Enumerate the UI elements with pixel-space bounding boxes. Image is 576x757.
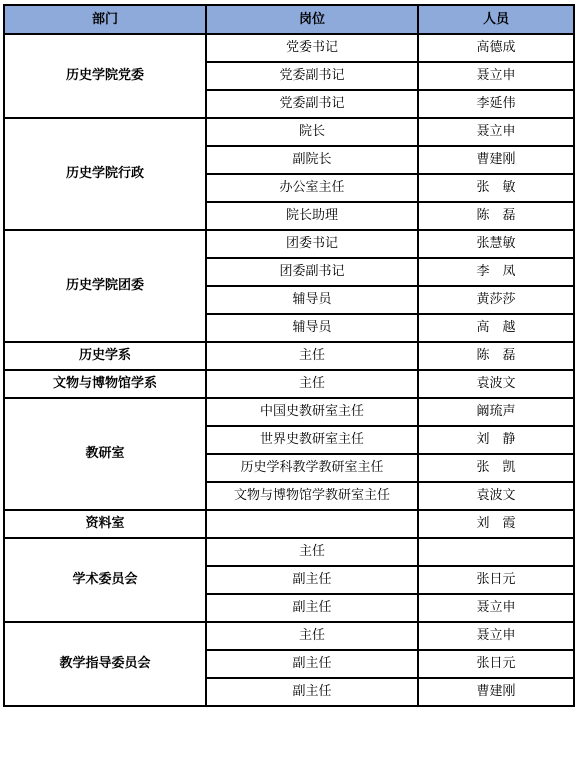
position-cell: 副主任: [206, 650, 418, 678]
position-cell: 党委书记: [206, 34, 418, 62]
position-cell: 党委副书记: [206, 90, 418, 118]
personnel-cell: 刘 霞: [418, 510, 574, 538]
position-cell: [206, 510, 418, 538]
personnel-cell: 张慧敏: [418, 230, 574, 258]
position-cell: 中国史教研室主任: [206, 398, 418, 426]
position-cell: 团委书记: [206, 230, 418, 258]
personnel-cell: [418, 538, 574, 566]
header-department: 部门: [4, 5, 206, 34]
personnel-cell: 聂立申: [418, 118, 574, 146]
position-cell: 主任: [206, 538, 418, 566]
personnel-cell: 张日元: [418, 650, 574, 678]
table-row: 教研室中国史教研室主任阚琉声: [4, 398, 574, 426]
department-cell: 历史学院党委: [4, 34, 206, 118]
table-row: 历史学院行政院长聂立申: [4, 118, 574, 146]
personnel-cell: 高德成: [418, 34, 574, 62]
header-position: 岗位: [206, 5, 418, 34]
department-cell: 资料室: [4, 510, 206, 538]
table-row: 历史学系主任陈 磊: [4, 342, 574, 370]
table-row: 教学指导委员会主任聂立申: [4, 622, 574, 650]
personnel-cell: 黄莎莎: [418, 286, 574, 314]
department-cell: 历史学院行政: [4, 118, 206, 230]
personnel-cell: 李延伟: [418, 90, 574, 118]
table-row: 文物与博物馆学系主任袁波文: [4, 370, 574, 398]
table-row: 历史学院党委党委书记高德成: [4, 34, 574, 62]
department-cell: 教学指导委员会: [4, 622, 206, 706]
personnel-cell: 聂立申: [418, 62, 574, 90]
position-cell: 辅导员: [206, 314, 418, 342]
personnel-cell: 刘 静: [418, 426, 574, 454]
position-cell: 世界史教研室主任: [206, 426, 418, 454]
position-cell: 主任: [206, 370, 418, 398]
personnel-cell: 陈 磊: [418, 202, 574, 230]
department-cell: 历史学院团委: [4, 230, 206, 342]
personnel-cell: 袁波文: [418, 370, 574, 398]
position-cell: 主任: [206, 342, 418, 370]
position-cell: 文物与博物馆学教研室主任: [206, 482, 418, 510]
position-cell: 辅导员: [206, 286, 418, 314]
table-row: 资料室刘 霞: [4, 510, 574, 538]
position-cell: 办公室主任: [206, 174, 418, 202]
personnel-cell: 陈 磊: [418, 342, 574, 370]
personnel-cell: 张 凯: [418, 454, 574, 482]
personnel-cell: 李 凤: [418, 258, 574, 286]
personnel-cell: 聂立申: [418, 622, 574, 650]
org-structure-table: 部门 岗位 人员 历史学院党委党委书记高德成党委副书记聂立申党委副书记李延伟历史…: [3, 4, 575, 707]
personnel-cell: 高 越: [418, 314, 574, 342]
personnel-cell: 袁波文: [418, 482, 574, 510]
header-personnel: 人员: [418, 5, 574, 34]
personnel-cell: 张日元: [418, 566, 574, 594]
table-body: 历史学院党委党委书记高德成党委副书记聂立申党委副书记李延伟历史学院行政院长聂立申…: [4, 34, 574, 706]
position-cell: 党委副书记: [206, 62, 418, 90]
position-cell: 副院长: [206, 146, 418, 174]
personnel-cell: 阚琉声: [418, 398, 574, 426]
department-cell: 文物与博物馆学系: [4, 370, 206, 398]
header-row: 部门 岗位 人员: [4, 5, 574, 34]
personnel-cell: 聂立申: [418, 594, 574, 622]
position-cell: 副主任: [206, 678, 418, 706]
personnel-cell: 曹建刚: [418, 678, 574, 706]
department-cell: 历史学系: [4, 342, 206, 370]
position-cell: 副主任: [206, 566, 418, 594]
department-cell: 教研室: [4, 398, 206, 510]
department-cell: 学术委员会: [4, 538, 206, 622]
position-cell: 院长: [206, 118, 418, 146]
personnel-cell: 张 敏: [418, 174, 574, 202]
table-row: 历史学院团委团委书记张慧敏: [4, 230, 574, 258]
table-row: 学术委员会主任: [4, 538, 574, 566]
position-cell: 主任: [206, 622, 418, 650]
position-cell: 团委副书记: [206, 258, 418, 286]
personnel-cell: 曹建刚: [418, 146, 574, 174]
position-cell: 历史学科教学教研室主任: [206, 454, 418, 482]
position-cell: 院长助理: [206, 202, 418, 230]
position-cell: 副主任: [206, 594, 418, 622]
